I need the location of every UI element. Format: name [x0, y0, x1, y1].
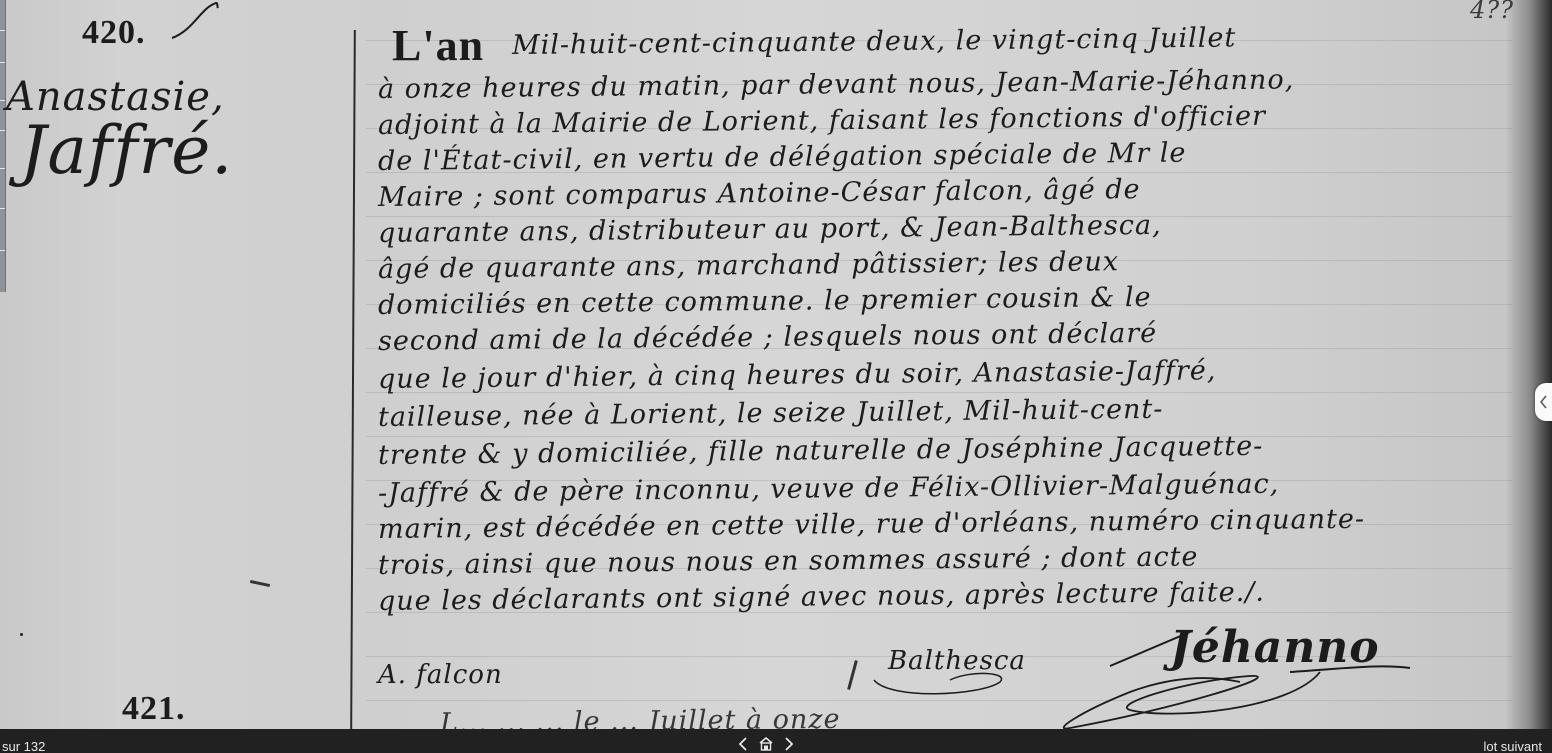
act-text-line: que le jour d'hier, à cinq heures du soi… [378, 355, 1217, 395]
next-image-button[interactable] [784, 737, 794, 751]
act-text-line: que les déclarants ont signé avec nous, … [378, 577, 1265, 617]
folio-number: 4?? [1470, 0, 1514, 24]
chevron-right-icon [784, 737, 794, 751]
next-act-number: 421. [122, 690, 186, 728]
signature-stroke [847, 660, 858, 690]
document-image-viewer[interactable]: 420. Anastasie, Jaffré. 421. 4?? L'an Mi… [0, 0, 1552, 729]
viewer-bottom-bar: sur 132 lot suivant [0, 729, 1552, 753]
act-text-line: adjoint à la Mairie de Lorient, faisant … [378, 101, 1266, 141]
panel-edge-tick [0, 250, 5, 251]
act-text-line: marin, est décédée en cette ville, rue d… [378, 504, 1365, 545]
ink-mark [250, 580, 270, 587]
panel-edge-tick [0, 62, 5, 63]
next-batch-link[interactable]: lot suivant [1483, 739, 1542, 753]
act-text-line: à onze heures du matin, par devant nous,… [378, 64, 1295, 105]
act-opening-word: L'an [392, 20, 484, 71]
panel-edge-tick [0, 130, 5, 131]
ink-dot [20, 633, 23, 636]
page-count: sur 132 [2, 739, 45, 753]
panel-edge-tick [0, 100, 5, 101]
left-panel-edge[interactable] [0, 0, 6, 292]
image-navigation [738, 737, 794, 751]
signature-falcon: A. falcon [378, 660, 503, 690]
act-text-line: -Jaffré & de père inconnu, veuve de Féli… [378, 469, 1280, 509]
chevron-left-icon [738, 737, 748, 751]
panel-edge-tick [0, 208, 5, 209]
margin-surname: Jaffré. [20, 112, 233, 189]
act-text-line: domiciliés en cette commune. le premier … [378, 282, 1152, 321]
signature-balthesca-flourish [870, 660, 1030, 700]
act-text-line: Maire ; sont comparus Antoine-César falc… [378, 174, 1141, 213]
act-number: 420. [82, 14, 146, 52]
gallery-home-icon [758, 737, 774, 751]
act-text-line: second ami de la décédée ; lesquels nous… [378, 318, 1157, 357]
previous-image-button[interactable] [738, 737, 748, 751]
side-panel-toggle[interactable] [1535, 383, 1552, 421]
margin-rule [350, 30, 356, 729]
gallery-home-button[interactable] [758, 737, 774, 751]
next-act-partial-line: L... ... ... le ... Juillet à onze [440, 704, 841, 729]
act-text-line: âgé de quarante ans, marchand pâtissier;… [378, 246, 1119, 285]
panel-edge-tick [0, 30, 5, 31]
act-text-line: Mil-huit-cent-cinquante deux, le vingt-c… [512, 22, 1237, 61]
chevron-left-icon [1539, 395, 1548, 409]
act-text-line: tailleuse, née à Lorient, le seize Juill… [378, 394, 1164, 433]
panel-edge-tick [0, 168, 5, 169]
act-number-flourish [170, 2, 220, 42]
act-text-line: trois, ainsi que nous nous en sommes ass… [378, 541, 1199, 581]
signature-jehanno-flourish [1050, 620, 1430, 729]
